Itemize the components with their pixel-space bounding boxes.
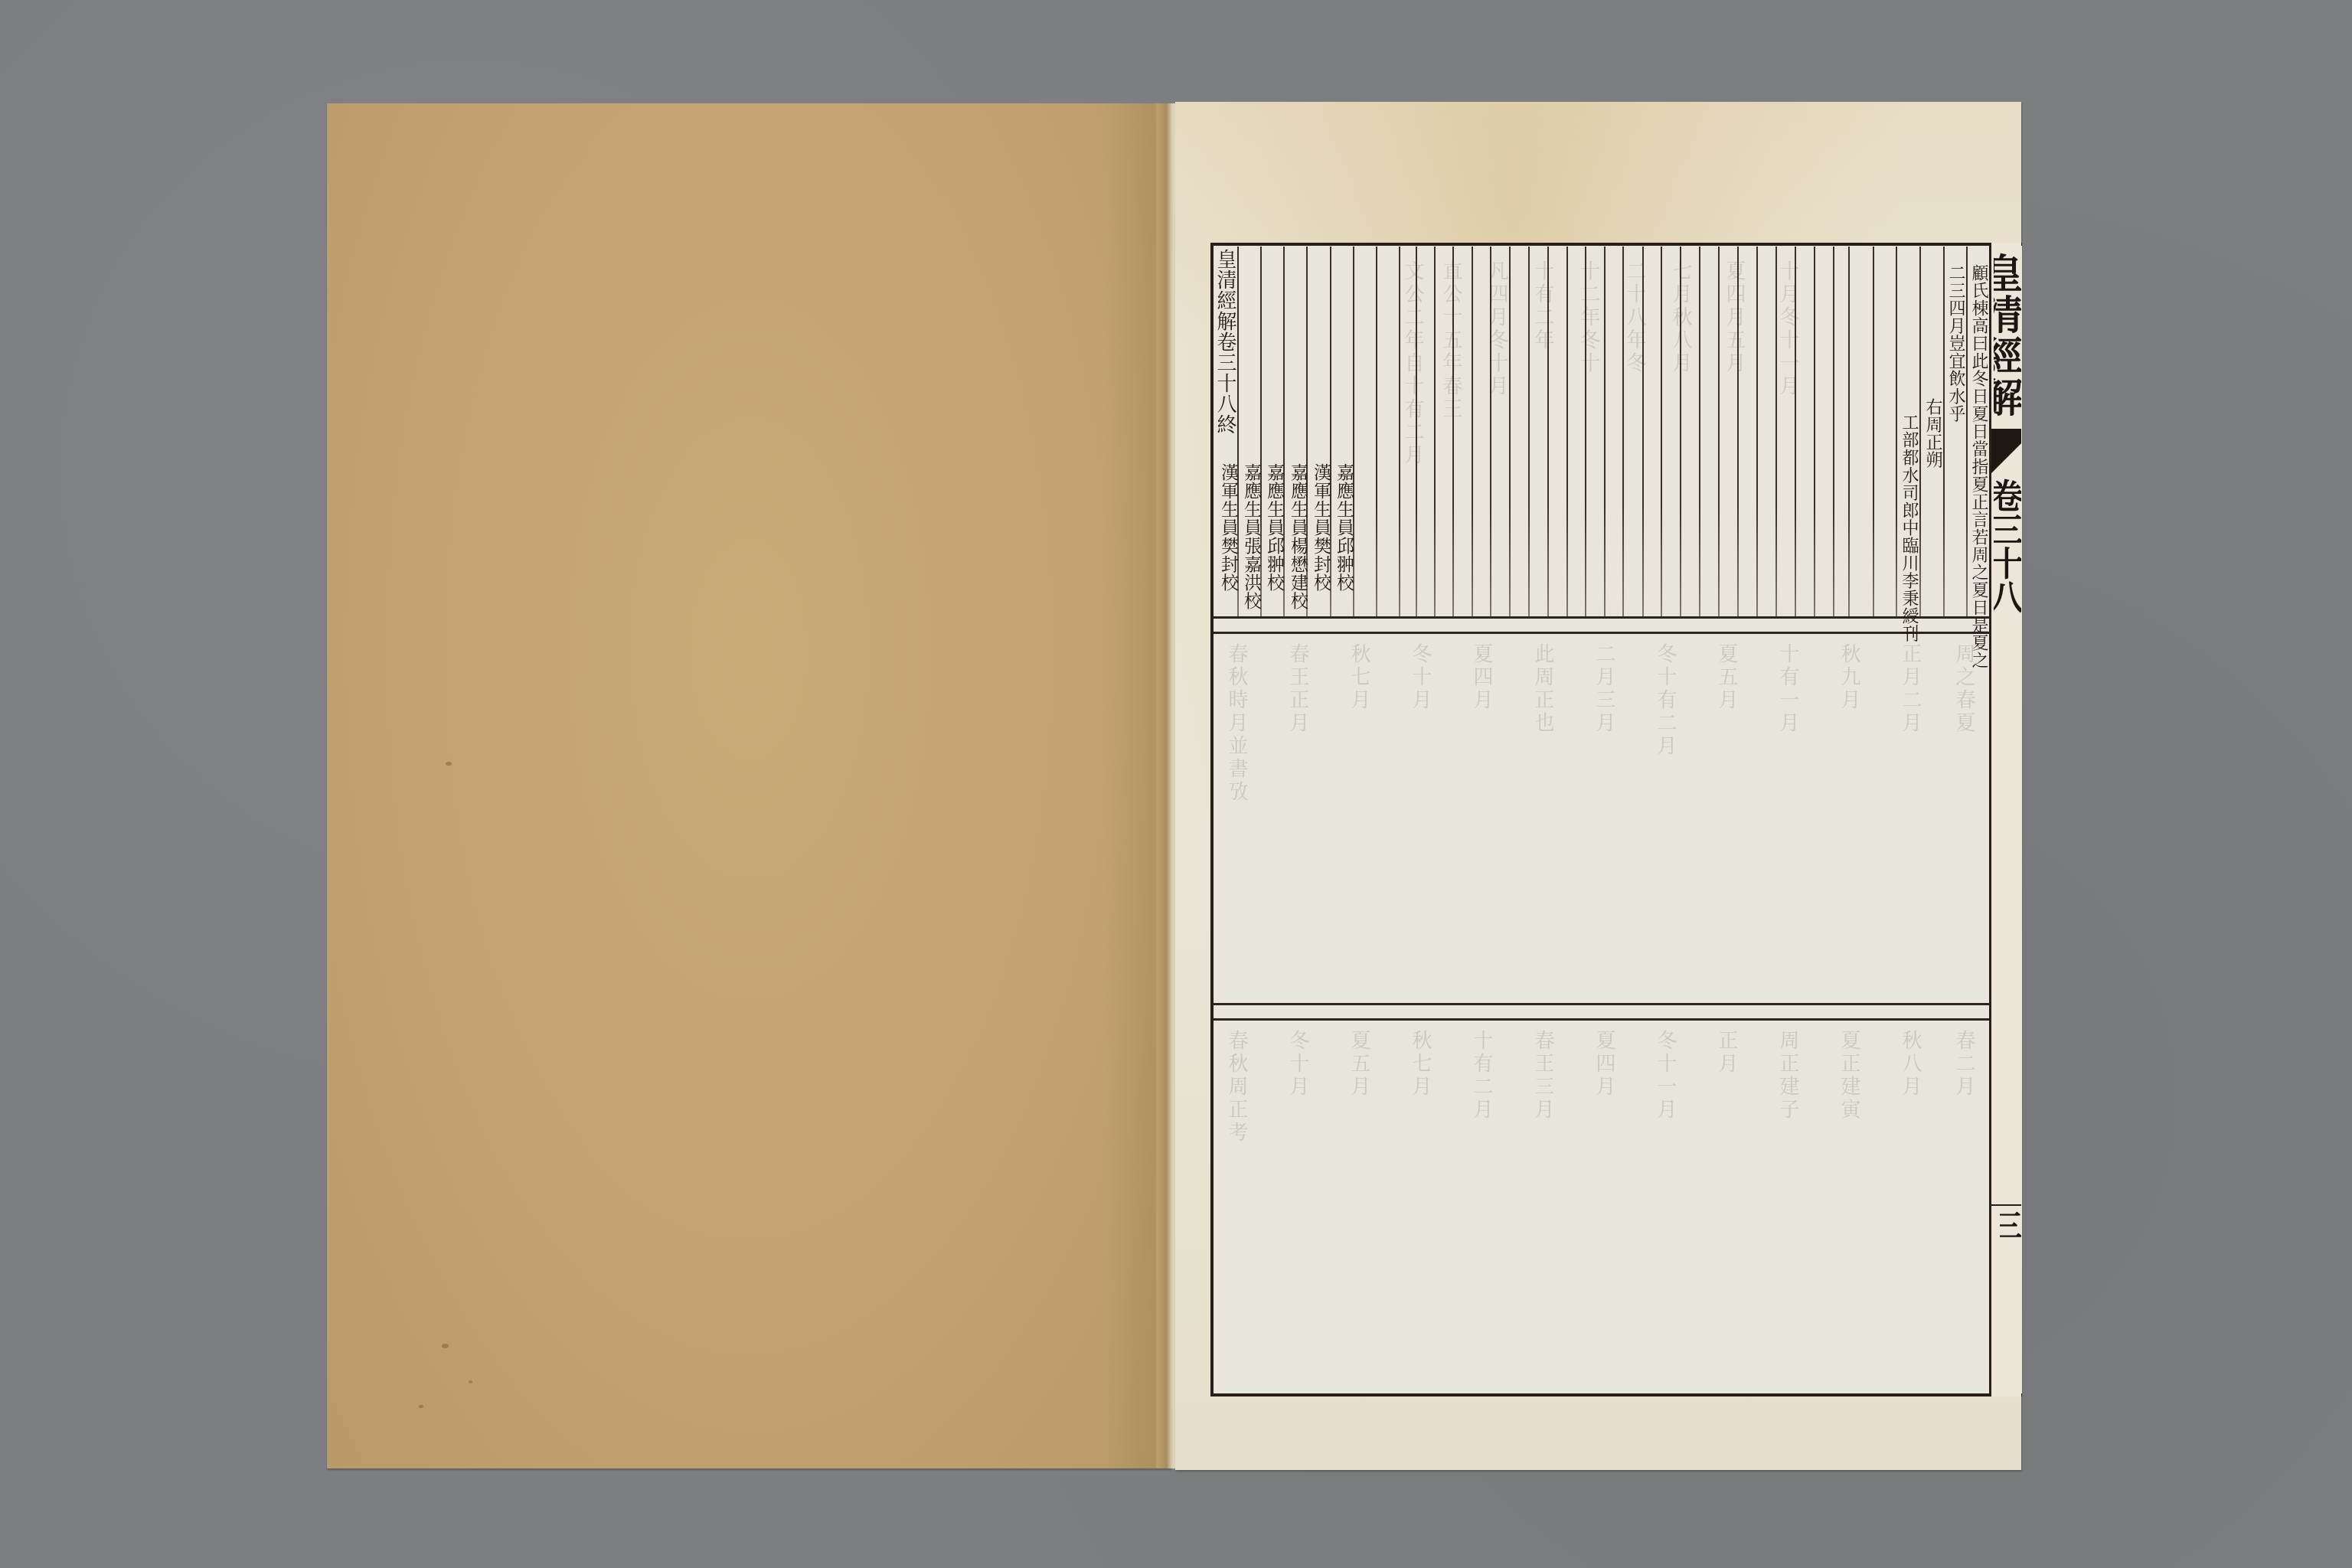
ghost-text-middle-5: 夏四月: [1470, 643, 1493, 995]
column-rule: [1737, 247, 1739, 616]
column-rule: [1434, 247, 1436, 616]
spine-volume-label: 卷三十八: [1994, 479, 2021, 613]
column-rule: [1943, 247, 1945, 616]
ghost-text-lower-9: 正月: [1715, 1030, 1738, 1382]
column-rule: [1919, 247, 1921, 616]
proofreader-6: 漢軍生員樊封校: [1218, 463, 1238, 592]
column-rule: [1622, 247, 1624, 616]
ghost-text-middle-1: 春秋時月並書攷: [1225, 643, 1248, 995]
ghost-text-middle-12: 正月二月: [1899, 643, 1922, 995]
column-rule: [1661, 247, 1662, 616]
ghost-text-upper-2: 直公十五年春王: [1439, 260, 1462, 605]
section-divider: [1214, 616, 1989, 619]
ghost-text-upper-8: 夏四月五月: [1723, 260, 1746, 605]
proofreader-2: 漢軍生員樊封校: [1311, 463, 1331, 592]
ghost-text-middle-9: 夏五月: [1715, 643, 1738, 995]
ghost-text-lower-11: 夏正建寅: [1837, 1030, 1860, 1382]
column-rule: [1490, 247, 1491, 616]
column-rule: [1399, 247, 1400, 616]
ghost-text-lower-1: 春秋周正考: [1225, 1030, 1248, 1382]
column-rule: [1873, 247, 1874, 616]
ghost-text-middle-11: 秋九月: [1837, 643, 1860, 995]
question-line: 二三四月豈宜飲水乎: [1945, 264, 1965, 423]
column-rule: [1833, 247, 1834, 616]
column-rule: [1795, 247, 1796, 616]
ghost-text-middle-6: 此周正也: [1531, 643, 1554, 995]
column-rule: [1376, 247, 1377, 616]
ghost-text-lower-10: 周正建子: [1776, 1030, 1799, 1382]
section-divider: [1214, 1003, 1989, 1005]
column-rule: [1452, 247, 1454, 616]
column-rule: [1585, 247, 1586, 616]
ghost-text-lower-5: 十有二月: [1470, 1030, 1493, 1382]
section-end-label: 右周正朔: [1922, 398, 1942, 469]
proofreader-3: 嘉應生員楊懋建校: [1288, 463, 1308, 610]
column-rule: [1699, 247, 1700, 616]
publisher-line: 工部都水司郎中臨川李秉綬刊: [1899, 413, 1919, 642]
ghost-text-lower-12: 秋八月: [1899, 1030, 1922, 1382]
ghost-text-middle-2: 春王正月: [1286, 643, 1309, 995]
ghost-text-lower-2: 冬十月: [1286, 1030, 1309, 1382]
ghost-text-lower-8: 冬十一月: [1654, 1030, 1677, 1382]
column-rule: [1547, 247, 1549, 616]
column-rule: [1416, 247, 1417, 616]
column-rule: [1642, 247, 1644, 616]
column-rule: [1756, 247, 1758, 616]
column-rule: [1814, 247, 1815, 616]
ghost-text-lower-3: 夏五月: [1347, 1030, 1370, 1382]
section-divider: [1214, 1018, 1989, 1021]
proofreader-5: 嘉應生員張嘉洪校: [1241, 463, 1261, 610]
column-rule: [1566, 247, 1568, 616]
ghost-text-lower-6: 春王三月: [1531, 1030, 1554, 1382]
ghost-text-upper-1: 文公二年自十有二月: [1401, 260, 1424, 605]
spine-page-rule: [1991, 1204, 2021, 1206]
proofreader-4: 嘉應生員邱翀校: [1264, 463, 1284, 592]
column-rule: [1604, 247, 1606, 616]
column-rule: [1472, 247, 1473, 616]
column-rule: [1718, 247, 1720, 616]
section-divider: [1214, 632, 1989, 634]
stain-spot: [469, 1380, 472, 1383]
ghost-text-upper-5: 十二年冬十: [1577, 260, 1600, 605]
column-rule: [1848, 247, 1850, 616]
spine-page-number: 三: [2000, 1210, 2021, 1240]
proofreader-1: 嘉應生員邱翀校: [1334, 463, 1354, 592]
ghost-text-middle-13: 周之春夏: [1952, 643, 1975, 995]
column-rule: [1775, 247, 1777, 616]
ghost-text-lower-4: 秋七月: [1409, 1030, 1432, 1382]
ghost-text-middle-7: 二月三月: [1592, 643, 1615, 995]
left-cover: [327, 103, 1171, 1468]
ghost-text-middle-3: 秋七月: [1347, 643, 1370, 995]
ghost-text-middle-8: 冬十有二月: [1654, 643, 1677, 995]
ghost-text-upper-4: 十有二年: [1531, 260, 1554, 605]
ghost-text-lower-7: 夏四月: [1592, 1030, 1615, 1382]
column-rule: [1509, 247, 1511, 616]
stain-spot: [446, 762, 452, 766]
column-rule: [1528, 247, 1530, 616]
fishtail-mark-icon: [1991, 429, 2021, 478]
stain-spot: [442, 1344, 449, 1348]
column-rule: [1966, 247, 1968, 616]
ghost-text-middle-10: 十有一月: [1776, 643, 1799, 995]
spine-book-title: 皇清經解: [1994, 253, 2021, 418]
ghost-text-middle-4: 冬十月: [1409, 643, 1432, 995]
volume-end-title: 皇清經解卷三十八終: [1214, 249, 1236, 435]
ghost-text-lower-13: 春二月: [1952, 1030, 1975, 1382]
stain-spot: [419, 1405, 423, 1408]
column-rule: [1896, 247, 1897, 616]
column-rule: [1680, 247, 1681, 616]
commentary-line: 顧氏棟高曰此冬日夏日當指夏正言若周之夏日是夏之: [1968, 264, 1988, 669]
ghost-text-upper-3: 凡四月冬十月: [1485, 260, 1508, 605]
